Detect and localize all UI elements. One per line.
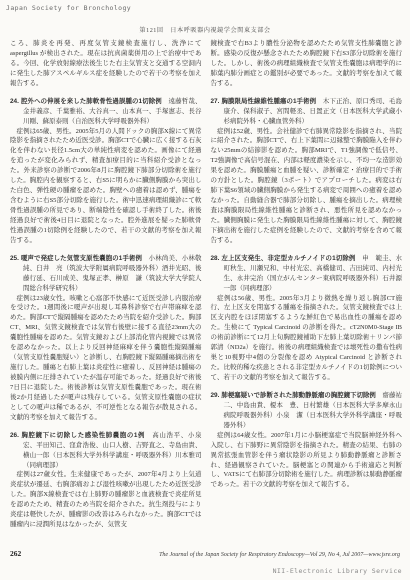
abstract-body: 症例は23歳女性。咳嗽と心窩部不快感にて近医受診し内服治療を受けた。1週間後に嗄… bbox=[10, 294, 202, 423]
abstract-28: 28.左上区支発生、非定型カルチノイドの1切除例 申 範圭、水町秋生、川瀬兄和、… bbox=[211, 254, 403, 383]
abstract-body: 症例は52歳、男性。会社健診で右肺異常陰影を指摘され、当院に紹介された。胸部CT… bbox=[211, 127, 403, 246]
abstract-26: 26.胸腔鏡下に切除した感染性肺嚢胞の1例 高山浩平、小泉 宏、平田知己、窪倉浩… bbox=[10, 431, 202, 530]
page-number: 262 bbox=[10, 549, 21, 558]
nii-library-credit: NII-Electronic Library Service bbox=[273, 567, 402, 575]
abstract-title: 左上区支発生、非定型カルチノイドの1切除例 bbox=[221, 255, 355, 262]
abstract-25: 25.嗄声で発症した気管支原性嚢胞の1手術例 小林尚美、小林敬純、臼井 亮（筑波… bbox=[10, 254, 202, 423]
abstract-number: 26. bbox=[10, 432, 19, 439]
journal-scan-page: Japan Society for Bronchology 第121回 日本呼吸… bbox=[0, 0, 410, 580]
abstract-body: 症例は64歳女性。2007年1月に小脳梗塞症で当院脳神経外科へ入院し、右下肺野に… bbox=[211, 431, 403, 491]
abstract-body: 症例は65歳、男性。2005年5月の人間ドックの胸部X線にて異常陰影を指摘された… bbox=[10, 127, 202, 246]
abstract-title: 胸膜限局性線維性腫瘍の1手術例 bbox=[221, 98, 316, 105]
page-footer: 262 The Journal of the Japan Society for… bbox=[10, 548, 400, 558]
scan-credit: Japan Society for Bronchology bbox=[6, 4, 131, 12]
abstract-number: 25. bbox=[10, 255, 19, 262]
right-column: 鏡検査で右B3より膿性分泌物を認めたため気管支性肺嚢胞と診断。感染の反復が懸念さ… bbox=[211, 39, 403, 535]
abstract-body: 症例は56歳、男性。2005年3月より微熱を繰り返し胸部CT施行、左上区支を閉塞… bbox=[211, 294, 403, 383]
abstract-body: 症例は27歳女性。生来健康であったが、2007年4月より上気道炎症状が遷延、右胸… bbox=[10, 470, 202, 530]
abstract-number: 24. bbox=[10, 98, 19, 105]
right-continuation-paragraph: 鏡検査で右B3より膿性分泌物を認めたため気管支性肺嚢胞と診断。感染の反復が懸念さ… bbox=[211, 39, 403, 89]
abstract-29: 29.肺梗塞疑いで診断された肺動静脈瘤の胸腔鏡下切除例 齋藤祐二、中島由貴、榎本… bbox=[211, 391, 403, 490]
meeting-title: 第121回 日本呼吸器内視鏡学会関東支部会 bbox=[0, 25, 410, 34]
journal-footer-line: The Journal of the Japan Society for Res… bbox=[70, 552, 400, 558]
abstract-title: 胸腔鏡下に切除した感染性肺嚢胞の1例 bbox=[21, 432, 145, 439]
abstract-title: 腔外への伸展を来した肺軟骨性過誤腫の1切除例 bbox=[21, 98, 162, 105]
abstract-number: 29. bbox=[211, 392, 220, 399]
abstract-24: 24.腔外への伸展を来した肺軟骨性過誤腫の1切除例 遠藤哲哉、金井義彦、千葉雅裕… bbox=[10, 97, 202, 246]
abstract-27: 27.胸膜限局性線維性腫瘍の1手術例 木下正治、原口秀司、毛島康介、保科淑子、宮… bbox=[211, 97, 403, 246]
left-column: ころ、肺炎を再発、再度気管支鏡検査施行し、洗浄にて aspergillus が検… bbox=[10, 39, 202, 535]
abstract-number: 28. bbox=[211, 255, 220, 262]
two-column-text: ころ、肺炎を再発、再度気管支鏡検査施行し、洗浄にて aspergillus が検… bbox=[10, 39, 402, 535]
abstract-number: 27. bbox=[211, 98, 220, 105]
left-continuation-paragraph: ころ、肺炎を再発、再度気管支鏡検査施行し、洗浄にて aspergillus が検… bbox=[10, 39, 202, 89]
abstract-title: 嗄声で発症した気管支原性嚢胞の1手術例 bbox=[21, 255, 142, 262]
abstract-title: 肺梗塞疑いで診断された肺動静脈瘤の胸腔鏡下切除例 bbox=[221, 392, 375, 399]
